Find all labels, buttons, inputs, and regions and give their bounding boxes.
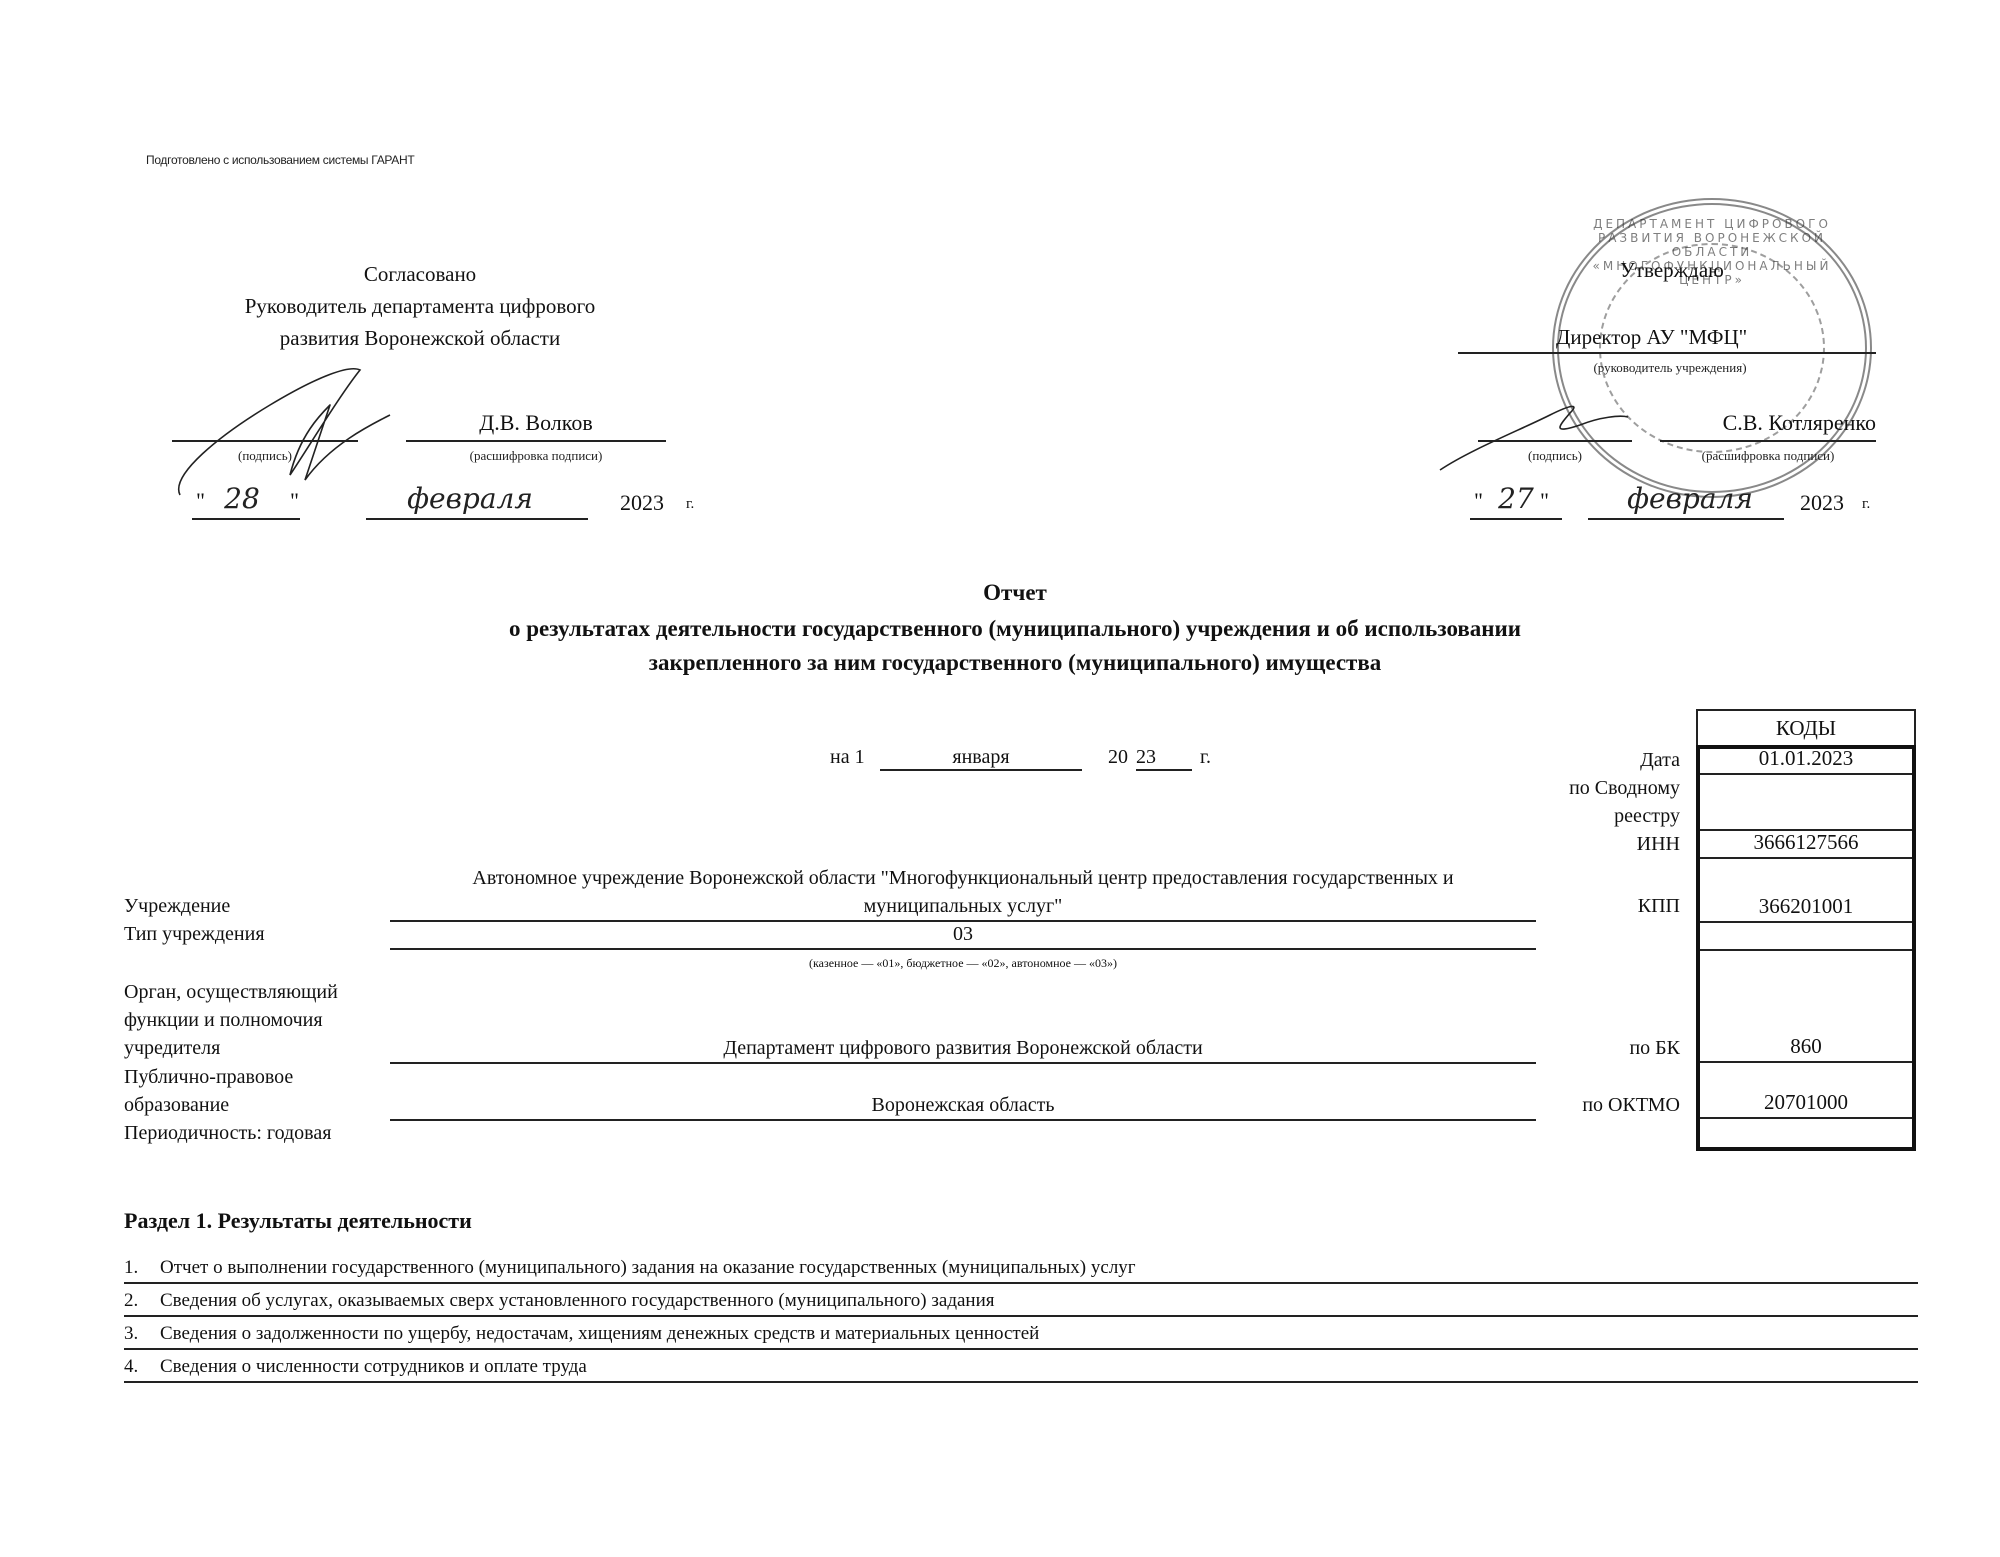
signature-right-line [1478,440,1632,442]
date-right-day-line [1470,518,1562,520]
date-left-month: февраля [370,482,570,515]
report-date-month: января [880,746,1082,771]
codes-table: КОДЫ 01.01.2023 3666127566 366201001 860… [1696,709,1916,1151]
report-date-suffix: г. [1200,746,1211,769]
type-label: Тип учреждения [124,920,265,948]
code-label-registry-text: по Сводному реестру [1550,774,1680,830]
date-right-year: 2023 [1800,490,1844,516]
date-left-quote-close: " [290,488,299,514]
public-entity-value: Воронежская область [390,1091,1536,1121]
code-kpp-value: 366201001 [1700,859,1912,923]
report-subtitle-2: закрепленного за ним государственного (м… [0,650,2000,676]
type-value: 03 [390,920,1536,950]
position-right-line [1458,352,1876,354]
report-date-year: 23 [1136,746,1192,771]
date-right-quote-close: " [1540,488,1549,514]
report-subtitle-1: о результатах деятельности государственн… [0,616,2000,642]
name-right-caption: (расшифровка подписи) [1660,448,1876,464]
signature-right-caption: (подпись) [1478,448,1632,464]
report-date-century: 20 [1108,746,1128,769]
approval-left-heading: Согласовано Руководитель департамента ци… [190,258,650,354]
codes-header: КОДЫ [1696,709,1916,745]
date-left-day: 28 [212,482,272,515]
date-left-year: 2023 [620,490,664,516]
public-entity-label-2: образование [124,1091,229,1119]
date-right-month: февраля [1600,482,1780,515]
founder-label-2: функции и полномочия [124,1006,323,1034]
code-bk-value: 860 [1700,951,1912,1063]
date-left-year-suffix: г. [686,496,694,513]
code-type-value [1700,923,1912,951]
section-1-item: 3.Сведения о задолженности по ущербу, не… [124,1320,1918,1350]
founder-value: Департамент цифрового развития Воронежск… [390,1034,1536,1064]
codes-box: 01.01.2023 3666127566 366201001 860 2070… [1696,745,1916,1151]
section-1-title: Раздел 1. Результаты деятельности [124,1208,472,1234]
item-text: Сведения о задолженности по ущербу, недо… [160,1323,1039,1344]
garant-note: Подготовлено с использованием системы ГА… [146,153,414,167]
date-right-month-line [1588,518,1784,520]
item-text: Отчет о выполнении государственного (мун… [160,1257,1136,1278]
periodicity: Периодичность: годовая [124,1119,331,1147]
approval-left-title: Согласовано [190,258,650,290]
section-1-item: 1.Отчет о выполнении государственного (м… [124,1254,1918,1284]
code-label-date: Дата [1420,746,1680,774]
institution-value-line1: Автономное учреждение Воронежской област… [390,864,1536,892]
report-date-prefix: на 1 [830,746,865,769]
code-oktmo-value: 20701000 [1700,1063,1912,1119]
approver-left-name: Д.В. Волков [406,410,666,436]
institution-value-line2: муниципальных услуг" [390,892,1536,922]
position-right-caption: (руководитель учреждения) [1560,360,1780,376]
signature-left-caption: (подпись) [172,448,358,464]
item-number: 2. [124,1287,160,1315]
code-label-registry: по Сводному реестру [1420,774,1680,830]
founder-label-1: Орган, осуществляющий [124,978,338,1006]
approval-right-title: Утверждаю [1620,258,1724,283]
code-inn-value: 3666127566 [1700,831,1912,859]
founder-label-3: учредителя [124,1034,220,1062]
code-date-value: 01.01.2023 [1700,749,1912,775]
public-entity-label-1: Публично-правовое [124,1063,293,1091]
item-text: Сведения о численности сотрудников и опл… [160,1356,587,1377]
report-title: Отчет [0,580,2000,606]
name-left-caption: (расшифровка подписи) [406,448,666,464]
section-1-item: 4.Сведения о численности сотрудников и о… [124,1353,1918,1383]
signature-left-line [172,440,358,442]
date-right-quote-open: " [1474,488,1483,514]
item-number: 3. [124,1320,160,1348]
type-hint: (казенное — «01», бюджетное — «02», авто… [390,956,1536,971]
code-label-inn: ИНН [1420,830,1680,858]
code-periodicity-value [1700,1119,1912,1147]
date-right-year-suffix: г. [1862,496,1870,513]
approval-left-position-2: развития Воронежской области [190,322,650,354]
date-right-day: 27 [1486,482,1546,515]
approver-right-name: С.В. Котляренко [1680,410,1876,436]
date-left-day-line [192,518,300,520]
code-registry-value [1700,775,1912,831]
item-number: 1. [124,1254,160,1282]
signature-left-icon [160,355,400,505]
approval-left-position-1: Руководитель департамента цифрового [190,290,650,322]
approval-right-position: Директор АУ "МФЦ" [1556,325,1747,350]
date-left-quote-open: " [196,488,205,514]
name-right-line [1660,440,1876,442]
item-number: 4. [124,1353,160,1381]
date-left-month-line [366,518,588,520]
institution-label: Учреждение [124,892,230,920]
item-text: Сведения об услугах, оказываемых сверх у… [160,1290,995,1311]
name-left-line [406,440,666,442]
section-1-item: 2.Сведения об услугах, оказываемых сверх… [124,1287,1918,1317]
